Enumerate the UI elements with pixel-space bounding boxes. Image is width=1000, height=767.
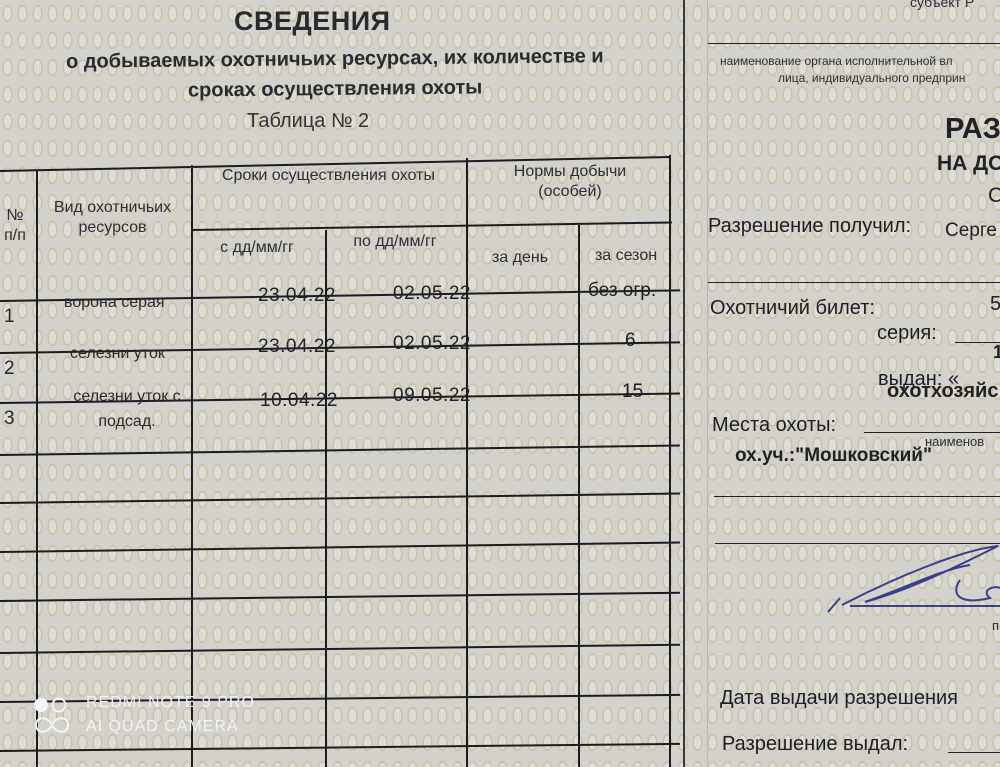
series-value: 1 [993, 342, 1000, 363]
document-title: СВЕДЕНИЯ [234, 6, 391, 37]
hunting-places-label: Места охоты: [712, 414, 836, 437]
signature-scribble [810, 540, 1000, 620]
table-col-divider [36, 170, 38, 767]
header-per-season: за сезон [580, 246, 672, 266]
page-fold [683, 0, 685, 767]
permit-received-label: Разрешение получил: [708, 215, 911, 238]
row-1-to: 02.05.22 [393, 283, 471, 305]
top-partial-text: субъект Р [910, 0, 974, 10]
row-2-species: селезни уток [70, 345, 165, 363]
row-3-per-season: 15 [622, 381, 643, 403]
hunting-places-underline [864, 432, 1000, 433]
table-label: Таблица № 2 [247, 110, 369, 133]
header-period-from: с дд/мм/гг [202, 238, 312, 258]
hunting-ticket-value: 5 [990, 293, 1000, 316]
hunting-ticket-label: Охотничий билет: [710, 297, 875, 320]
series-label: серия: [877, 322, 937, 345]
table-col-divider [191, 165, 193, 767]
issued-value: охотхозяйс [887, 380, 998, 403]
authority-underline [708, 43, 1000, 44]
issued-by-underline [948, 752, 1000, 753]
table-header-divider [192, 221, 672, 231]
table-col-divider [578, 225, 580, 767]
row-2-per-season: 6 [625, 330, 636, 352]
hunting-places-value: ох.уч.:"Мошковский" [735, 445, 932, 467]
watermark-line-1: REDMI NOTE 9 PRO [86, 694, 255, 712]
authority-caption-2: лица, индивидуального предприн [778, 71, 965, 85]
row-3-num: 3 [4, 408, 15, 430]
permit-heading: РАЗ [945, 113, 1000, 146]
document-subtitle: о добываемых охотничьих ресурсах, их кол… [0, 40, 670, 107]
received-underline [708, 282, 1000, 283]
row-1-from: 23.04.22 [258, 285, 336, 307]
authority-caption-1: наименование органа исполнительной вл [720, 54, 953, 68]
table-col-divider [466, 158, 468, 767]
issued-by-label: Разрешение выдал: [722, 733, 908, 756]
issue-date-label: Дата выдачи разрешения [720, 687, 958, 710]
row-3-to: 09.05.22 [393, 385, 471, 407]
table-col-divider [325, 230, 327, 767]
watermark-line-2: AI QUAD CAMERA [86, 718, 239, 736]
header-num: № п/п [0, 206, 30, 246]
permit-received-value: Серге [945, 220, 997, 242]
row-1-per-season: без огр. [588, 280, 656, 302]
header-period-group: Сроки осуществления охоты [196, 166, 461, 186]
places-underline-2 [714, 496, 1000, 497]
row-1-species: ворона серая [64, 294, 165, 312]
header-period-to: по дд/мм/гг [335, 232, 455, 252]
permit-heading-3: С [988, 184, 1000, 208]
row-2-from: 23.04.22 [258, 336, 336, 358]
camera-logo-icon [32, 696, 72, 734]
row-3-from: 10.04.22 [260, 390, 338, 412]
header-species: Вид охотничьих ресурсов [50, 198, 175, 238]
page-fold-shadow [707, 0, 708, 767]
row-2-num: 2 [4, 358, 15, 380]
row-1-num: 1 [4, 306, 15, 328]
row-2-to: 02.05.22 [393, 333, 471, 355]
header-limits-group: Нормы добычи (особей) [480, 162, 660, 202]
row-3-species: селезни уток с подсад. [62, 384, 192, 434]
signature-caption: п [992, 618, 999, 633]
header-per-day: за день [470, 248, 570, 268]
permit-subheading: НА ДО [937, 152, 1000, 176]
hunting-places-caption: наименов [925, 434, 984, 449]
